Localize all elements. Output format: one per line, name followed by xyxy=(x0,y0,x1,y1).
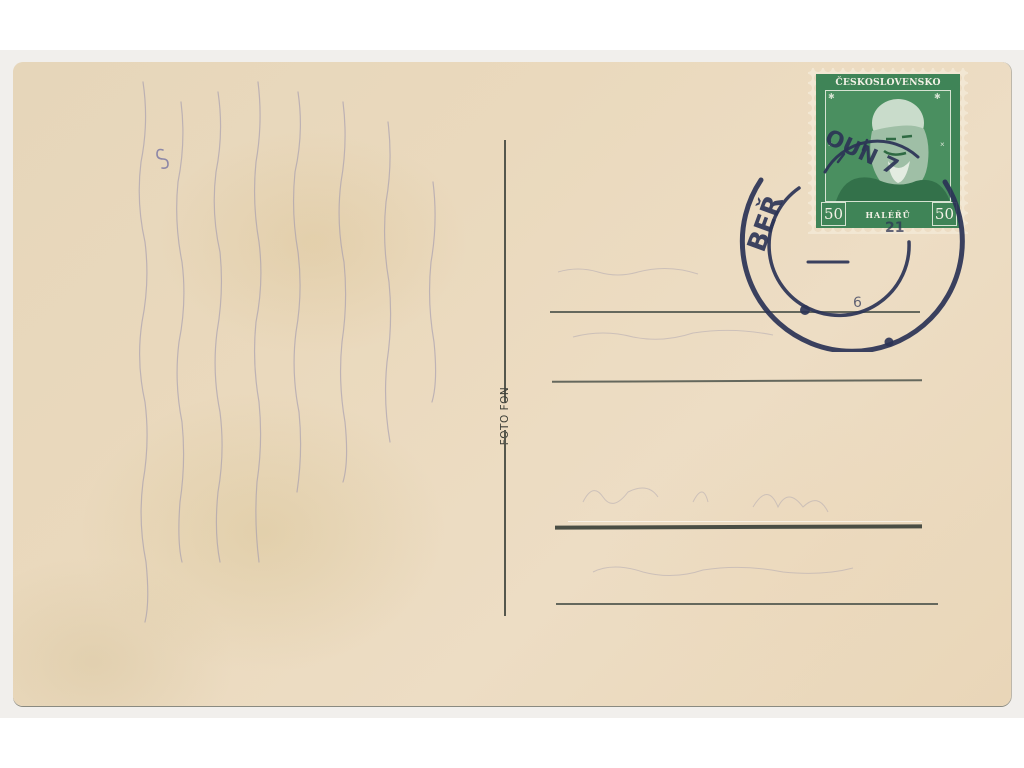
postcard: FOTO FON ČESKOSLOVENSKO ✱ ✱ × × xyxy=(13,62,1011,706)
svg-text:✱: ✱ xyxy=(934,92,941,101)
divider-line-bottom xyxy=(504,430,506,616)
svg-text:✱: ✱ xyxy=(828,92,835,101)
address-line-1 xyxy=(550,311,920,313)
stamp-value-left: 50 xyxy=(821,202,846,226)
portrait-icon: ✱ ✱ × × xyxy=(826,91,950,201)
address-line-4 xyxy=(556,603,938,605)
postage-stamp: ČESKOSLOVENSKO ✱ ✱ × × 50 HALÉŘŮ 50 xyxy=(808,68,968,234)
svg-text:6: 6 xyxy=(853,295,862,311)
svg-text:BEŘ: BEŘ xyxy=(740,191,790,256)
divider-line-top xyxy=(504,140,506,402)
stamp-body: ČESKOSLOVENSKO ✱ ✱ × × 50 HALÉŘŮ 50 xyxy=(816,74,960,228)
stamp-currency: HALÉŘŮ xyxy=(858,210,918,220)
address-line-3 xyxy=(555,524,922,529)
address-line-3-highlight xyxy=(568,521,922,522)
svg-text:×: × xyxy=(940,140,945,149)
stamp-portrait-frame: ✱ ✱ × × xyxy=(825,90,951,202)
stamp-country: ČESKOSLOVENSKO xyxy=(816,77,960,88)
stamp-value-right: 50 xyxy=(932,202,957,226)
svg-text:×: × xyxy=(828,140,833,149)
publisher-imprint: FOTO FON xyxy=(491,406,519,426)
address-line-2 xyxy=(552,379,922,382)
